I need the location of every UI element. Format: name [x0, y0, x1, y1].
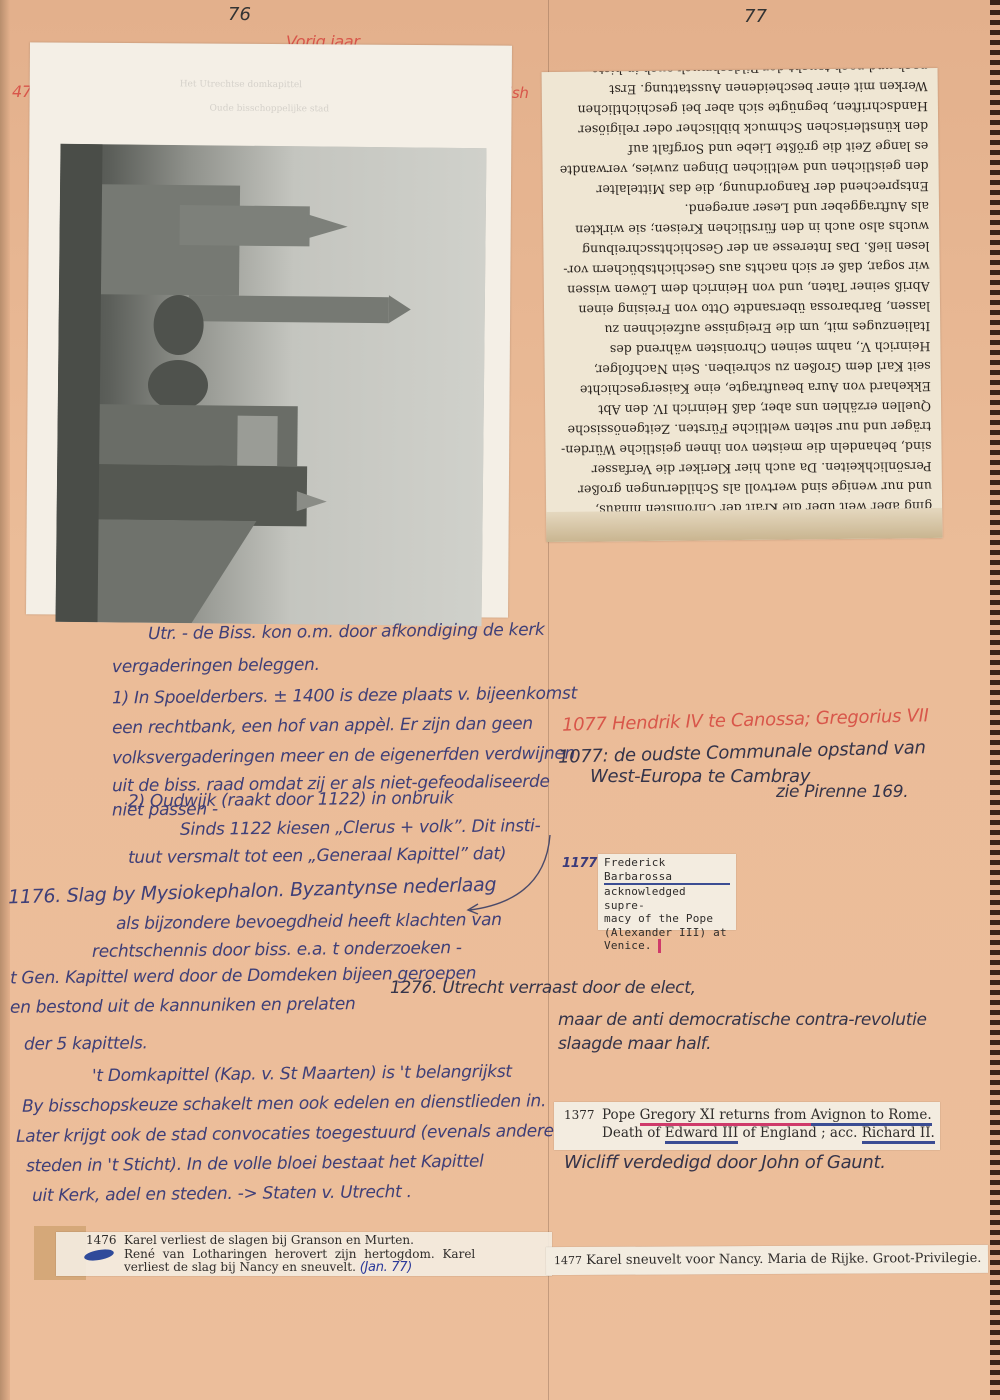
- barbarossa-year-overwritten: 1177: [562, 856, 597, 871]
- water-stain: [546, 508, 942, 542]
- clipping-line: Venice.: [604, 939, 661, 953]
- right-page-number: 77: [744, 6, 767, 27]
- pirenne-reference: zie Pirenne 169.: [776, 782, 908, 802]
- photo-ghost-caption: Het Utrechtse domkapittel: [180, 79, 302, 90]
- underlined-blue-text: Richard II.: [862, 1125, 935, 1144]
- event-1077-canossa-note: 1077 Hendrik IV te Canossa; Gregorius VI…: [562, 705, 929, 736]
- handwritten-note-line: Later krijgt ook de stad convocaties toe…: [16, 1121, 554, 1147]
- handwritten-note-line: en bestond uit de kannuniken en prelaten: [10, 994, 356, 1018]
- handwritten-note-line: als bijzondere bevoegdheid heeft klachte…: [116, 910, 502, 934]
- handwritten-note-line: uit Kerk, adel en steden. -> Staten v. U…: [32, 1182, 412, 1206]
- pope-1377-clipping: 1377Pope Gregory XI returns from Avignon…: [554, 1102, 940, 1150]
- event-1276-note-line2: maar de anti democratische contra-revolu…: [558, 1010, 927, 1030]
- karel-1476-clipping: 1476Karel verliest de slagen bij Granson…: [56, 1232, 552, 1276]
- handwritten-note-line: steden in 't Sticht). In de volle bloei …: [26, 1152, 484, 1177]
- german-text-upside-down: ging aber weit über die Kraft der Chroni…: [552, 76, 933, 520]
- handwritten-note-line: 't Domkapittel (Kap. v. St Maarten) is '…: [92, 1062, 512, 1086]
- handwritten-note-line: der 5 kapittels.: [24, 1033, 148, 1054]
- event-1077-communal-note: 1077: de oudste Communale opstand van: [558, 737, 926, 768]
- handwritten-note-line: By bisschopskeuze schakelt men ook edele…: [22, 1091, 546, 1116]
- page-left-edge: [0, 0, 10, 1400]
- event-1176-note: 1176. Slag by Mysiokephalon. Byzantynse …: [8, 874, 497, 909]
- handwritten-note-line: rechtschennis door biss. e.a. t onderzoe…: [92, 938, 462, 962]
- town-photograph: [56, 144, 487, 626]
- handwritten-note-line: Utr. - de Biss. kon o.m. door afkondigin…: [148, 620, 545, 644]
- handwritten-note-line: 1) In Spoelderbers. ± 1400 is deze plaat…: [112, 684, 577, 709]
- wycliff-note: Wicliff verdedigd door John of Gaunt.: [564, 1152, 886, 1173]
- barbarossa-clipping: Frederick Barbarossa acknowledged supre-…: [598, 854, 736, 930]
- handwritten-note-line: vergaderingen beleggen.: [112, 655, 320, 677]
- underlined-blue-text: Edward III: [665, 1125, 739, 1144]
- karel-1477-clipping: 1477 Karel sneuvelt voor Nancy. Maria de…: [546, 1245, 988, 1275]
- clipping-line: Frederick Barbarossa: [604, 856, 730, 885]
- clipping-year: 1476: [86, 1234, 124, 1248]
- handwritten-note-line: 2) Oudwijk (raakt door 1122) in onbruik: [128, 788, 454, 811]
- handwritten-note-line: volksvergaderingen meer en de eigenerfde…: [112, 744, 575, 769]
- clipping-line: acknowledged supre-: [604, 885, 730, 912]
- event-1276-note-line3: slaagde maar half.: [558, 1034, 711, 1054]
- clipping-year: 1377: [564, 1106, 602, 1124]
- clipping-line: macy of the Pope: [604, 912, 730, 926]
- clipping-year: 1477: [554, 1254, 582, 1267]
- clipping-line: (Alexander III) at: [604, 926, 730, 940]
- event-1276-note: 1276. Utrecht verraast door de elect,: [390, 978, 696, 998]
- curved-arrow-icon: [450, 830, 560, 920]
- handwritten-date-annotation: (Jan. 77): [360, 1260, 412, 1275]
- left-page-number: 76: [228, 4, 251, 25]
- handwritten-note-line: een rechtbank, een hof van appèl. Er zij…: [112, 714, 533, 738]
- perforated-right-edge: [990, 0, 1000, 1400]
- german-text-clipping: ging aber weit über die Kraft der Chroni…: [542, 68, 943, 542]
- photo-ghost-caption: Oude bisschoppelijke stad: [210, 104, 330, 115]
- scrapbook-page: 76 77 Vorig jaar 47 ish Het Utrechtse do…: [0, 0, 1000, 1400]
